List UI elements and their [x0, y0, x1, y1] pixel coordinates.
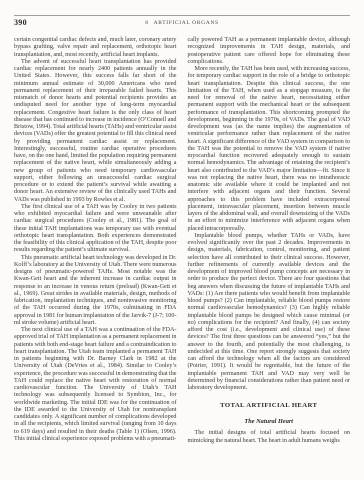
paragraph: Implantable blood pumps, whether TAHs or… — [188, 233, 351, 393]
chapter-title: ARTIFICIAL ORGANS — [154, 20, 219, 26]
text-columns: certain congenital cardiac defects and, … — [14, 37, 350, 445]
section-heading: TOTAL ARTIFICIAL HEART — [188, 402, 351, 410]
chapter-number: 8 — [145, 20, 148, 26]
book-page: 390 8ARTIFICIAL ORGANS certain congenita… — [0, 0, 364, 480]
paragraph: This pneumatic artificial heart technolo… — [14, 255, 177, 328]
paragraph: The next clinical use of a TAH was a con… — [14, 327, 177, 443]
left-column: certain congenital cardiac defects and, … — [14, 37, 177, 445]
paragraph: The advent of successful heart transplan… — [14, 59, 177, 204]
paragraph-continuation: cally powered TAH as a permanent implant… — [188, 37, 351, 66]
paragraph: The initial designs of total artificial … — [188, 430, 351, 445]
subsection-heading: The Natural Heart — [188, 418, 351, 425]
running-head: 8ARTIFICIAL ORGANS — [14, 20, 350, 26]
page-header: 390 8ARTIFICIAL ORGANS — [14, 15, 350, 30]
paragraph: The first clinical use of a TAH was by C… — [14, 204, 177, 255]
paragraph: More recently, the TAH has been used, wi… — [188, 66, 351, 233]
right-column: cally powered TAH as a permanent implant… — [188, 37, 351, 445]
paragraph-continuation: certain congenital cardiac defects and, … — [14, 37, 177, 59]
